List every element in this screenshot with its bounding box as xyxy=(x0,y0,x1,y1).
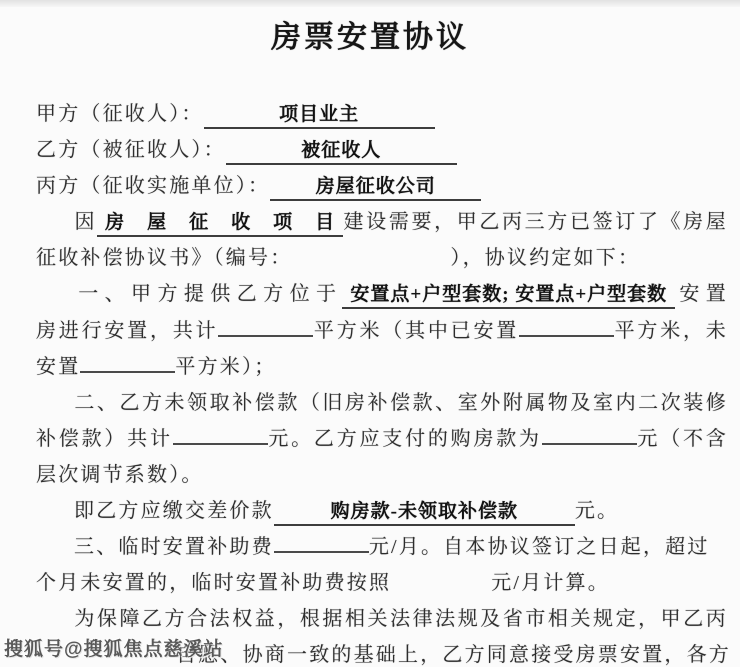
blank-underline-field xyxy=(519,315,614,337)
document-page: 房票安置协议 甲方（征收人）：项目业主乙方（被征收人）：被征收人丙方（征收实施单… xyxy=(0,0,740,667)
doc-text: 建设需要，甲乙丙三方已签订了《房屋 xyxy=(343,211,728,233)
doc-line: 安置平方米）； xyxy=(36,349,728,385)
doc-text: 安置 xyxy=(675,283,728,305)
doc-line: 丙方（征收实施单位）：房屋征收公司 xyxy=(36,168,728,204)
doc-text: 元。 xyxy=(575,500,619,522)
doc-line: 乙方（被征收人）：被征收人 xyxy=(36,132,728,168)
blank-underline-field xyxy=(80,351,175,373)
fill-in-value: 安置点+户型套数; 安置点+户型套数 xyxy=(342,283,675,309)
doc-text: 元（不含 xyxy=(637,428,728,450)
doc-text: 层次调节系数）。 xyxy=(36,464,204,486)
doc-line: 一、甲方提供乙方位于安置点+户型套数; 安置点+户型套数安置 xyxy=(36,276,728,312)
doc-text: 平方米）； xyxy=(175,356,276,378)
blank-underline-field xyxy=(274,531,369,553)
fill-in-value: 房屋征收公司 xyxy=(270,175,481,201)
doc-text: 为保障乙方合法权益，根据相关法律法规及省市相关规定，甲乙丙 xyxy=(74,608,728,630)
blank-underline-field xyxy=(218,315,313,337)
doc-text: 征收补偿协议书》（编号： xyxy=(36,247,292,269)
fill-in-value: 项目业主 xyxy=(204,103,435,129)
doc-text: 因 xyxy=(74,211,97,233)
doc-line: 房进行安置，共计平方米（其中已安置平方米，未 xyxy=(36,313,728,349)
doc-text: ），协议约定如下： xyxy=(450,247,640,269)
doc-line: 甲方（征收人）：项目业主 xyxy=(36,96,728,132)
doc-text: 安置 xyxy=(36,356,80,378)
doc-text: 丙方（征收实施单位）： xyxy=(36,175,270,197)
doc-text: 乙方（被征收人）： xyxy=(36,139,226,161)
doc-text: 一、甲方提供乙方位于 xyxy=(74,283,342,305)
doc-text: 房进行安置，共计 xyxy=(36,320,218,342)
doc-line: 个月未安置的，临时安置补助费按照元/月计算。 xyxy=(36,565,728,601)
fill-in-value: 房屋征收项目 xyxy=(97,211,343,237)
doc-text: 补偿款）共计 xyxy=(36,428,173,450)
doc-text: 元。乙方应支付的购房款为 xyxy=(268,428,542,450)
doc-text: 二、乙方未领取补偿款（旧房补偿款、室外附属物及室内二次装修 xyxy=(74,392,728,414)
doc-line: 因房屋征收项目建设需要，甲乙丙三方已签订了《房屋 xyxy=(36,204,728,240)
doc-line: 层次调节系数）。 xyxy=(36,457,728,493)
doc-text: 平方米（其中已安置 xyxy=(313,320,519,342)
document-title: 房票安置协议 xyxy=(0,0,740,56)
doc-line: 即乙方应缴交差价款购房款-未领取补偿款元。 xyxy=(36,493,728,529)
doc-line: 二、乙方未领取补偿款（旧房补偿款、室外附属物及室内二次装修 xyxy=(36,385,728,421)
doc-line: 征收补偿协议书》（编号：），协议约定如下： xyxy=(36,240,728,276)
doc-text: 元/月。自本协议签订之日起，超过 xyxy=(369,536,710,558)
doc-text: 平方米，未 xyxy=(614,320,728,342)
doc-text: 三、临时安置补助费 xyxy=(74,536,274,558)
doc-text: 个月未安置的，临时安置补助费按照 xyxy=(36,572,391,594)
doc-line: 补偿款）共计元。乙方应支付的购房款为元（不含 xyxy=(36,421,728,457)
blank-underline-field xyxy=(542,423,637,445)
doc-line: 三、临时安置补助费元/月。自本协议签订之日起，超过 xyxy=(36,529,728,565)
doc-text: 即乙方应缴交差价款 xyxy=(74,500,274,522)
doc-text: 自愿、协商一致的基础上，乙方同意接受房票安置，各方 xyxy=(176,644,731,666)
doc-text: 甲方（征收人）： xyxy=(36,103,204,125)
fill-in-value: 被征收人 xyxy=(226,139,457,165)
doc-line: 为保障乙方合法权益，根据相关法律法规及省市相关规定，甲乙丙 xyxy=(36,601,728,637)
document-body: 甲方（征收人）：项目业主乙方（被征收人）：被征收人丙方（征收实施单位）：房屋征收… xyxy=(36,96,728,667)
watermark: 搜狐号@搜狐焦点慈溪站 xyxy=(4,634,224,661)
fill-in-value: 购房款-未领取补偿款 xyxy=(274,500,575,526)
doc-text: 元/月计算。 xyxy=(491,572,610,594)
blank-underline-field xyxy=(173,423,268,445)
